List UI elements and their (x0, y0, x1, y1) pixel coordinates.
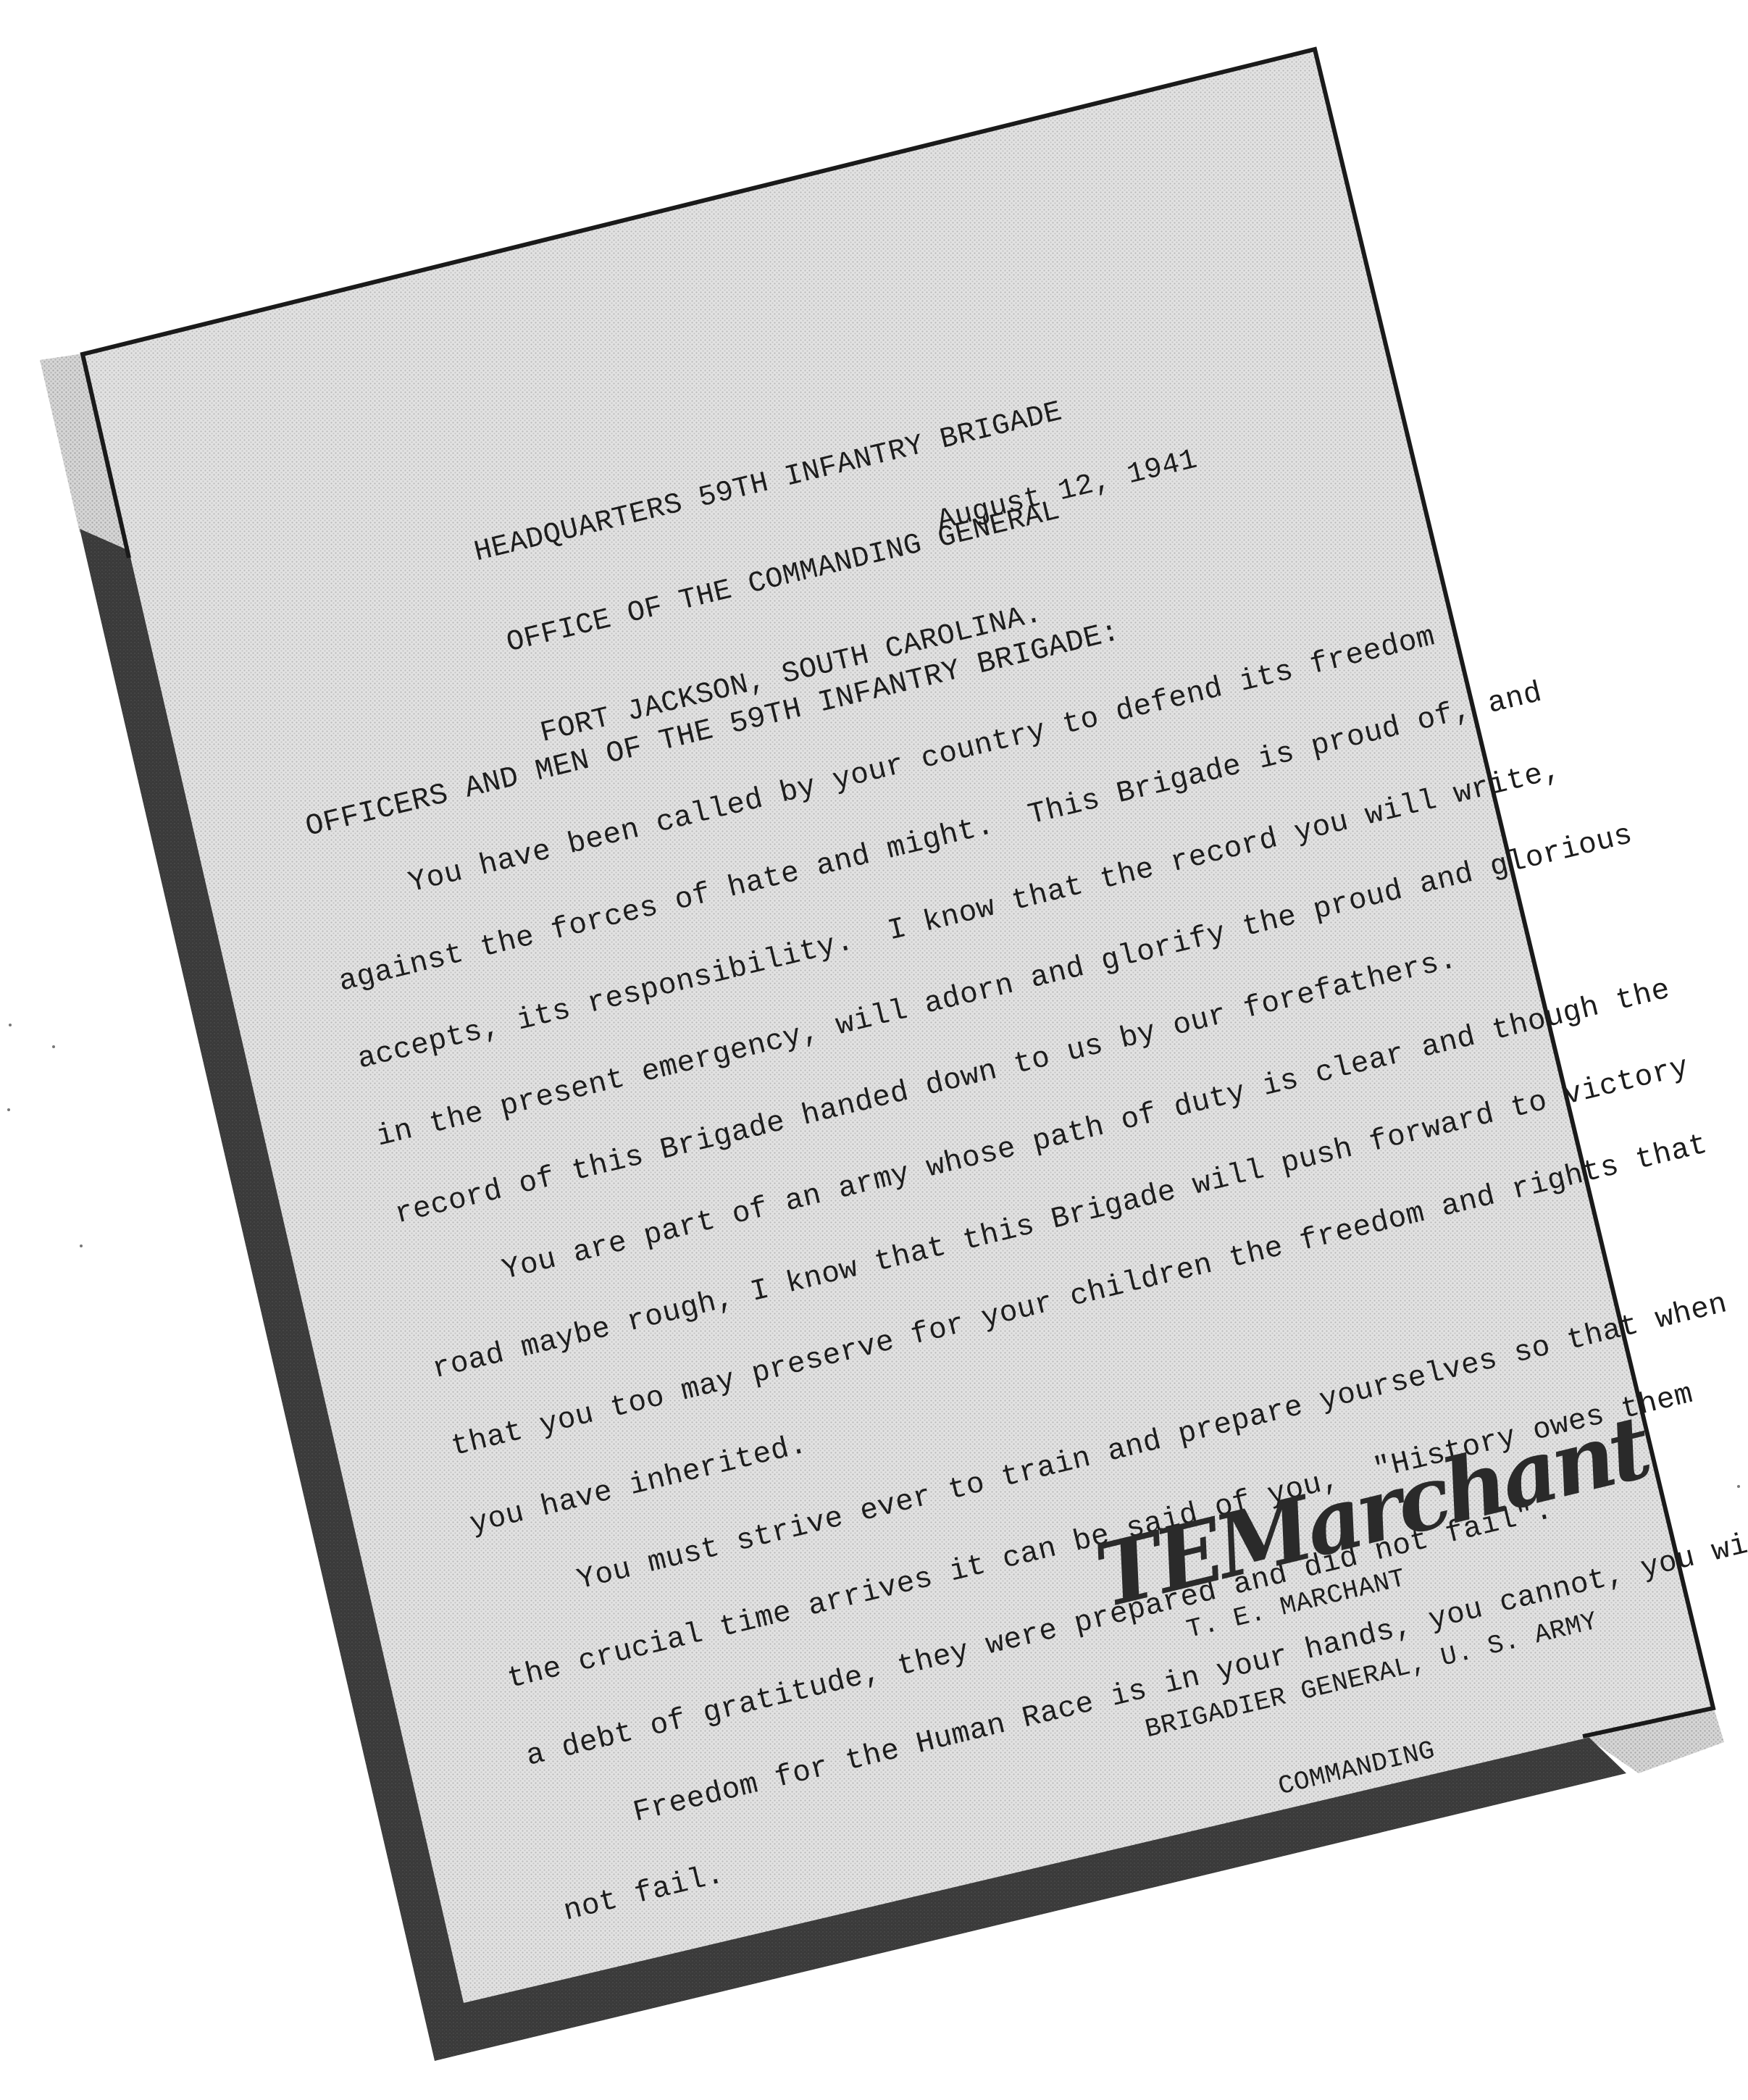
paper-page (84, 49, 1713, 2003)
scan-speck (1737, 1485, 1740, 1488)
scan-speck (9, 1024, 12, 1026)
scan-speck (80, 1244, 83, 1247)
page-shapes (0, 0, 1748, 2100)
scanned-photo: HEADQUARTERS 59TH INFANTRY BRIGADE OFFIC… (0, 0, 1748, 2100)
scan-speck (7, 1108, 10, 1111)
scan-speck (52, 1045, 55, 1048)
